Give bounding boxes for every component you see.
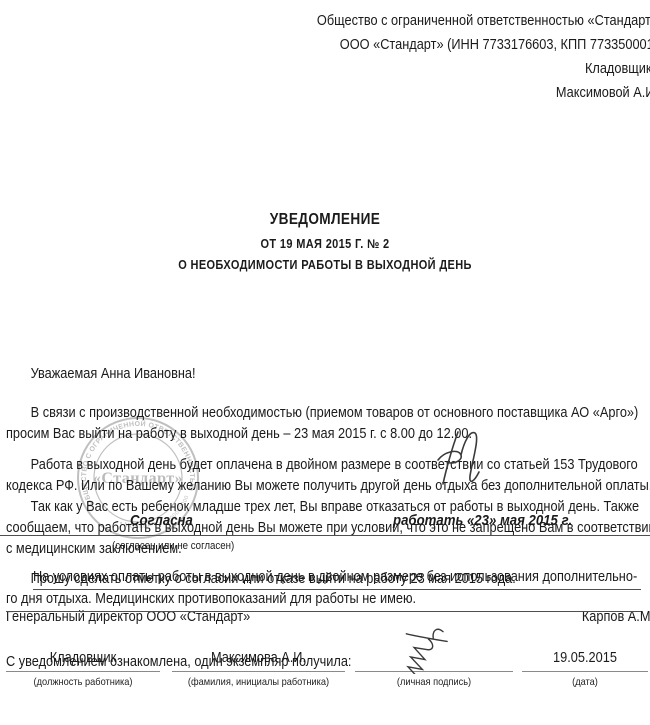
statement-line-2: го дня отдыха. Медицинских противопоказа… [6,591,641,612]
decision-rule [0,535,650,536]
label-text: (фамилия, инициалы работника) [182,676,334,688]
label-text: (личная подпись) [364,676,503,688]
notification-document: ОБЩЕСТВО С ОГРАНИЧЕННОЙ ОТВЕТСТВЕННОСТЬЮ… [0,0,650,725]
sign-field-label: (личная подпись) [355,676,513,688]
employee-name-value: Максимова А.И. [182,650,334,666]
statement-text: На условиях оплаты работы в выходной ден… [33,569,568,585]
header-block: Общество с ограниченной ответственностью… [8,9,650,105]
document-subject: О НЕОБХОДИМОСТИ РАБОТЫ В ВЫХОДНОЙ ДЕНЬ [39,255,611,276]
employee-position-field: Кладовщик [6,650,160,672]
date-field: 19.05.2015 [522,650,648,672]
recipient-name: Максимовой А.И. [86,81,650,105]
decision-hint: (согласен или не согласен) [112,540,234,552]
label-text: (дата) [530,676,641,688]
label-text: (должность работника) [15,676,151,688]
director-signature [428,418,508,498]
company-requisites: ООО «Стандарт» (ИНН 7733176603, КПП 7733… [86,33,650,57]
paragraph-line: с медицинским заключением. [6,539,578,560]
statement-text: го дня отдыха. Медицинских противопоказа… [6,591,565,607]
employee-signature [390,596,480,674]
employee-name-field: Максимова А.И. [172,650,345,672]
decision-value: Согласна [130,512,193,529]
document-number-date: ОТ 19 МАЯ 2015 Г. № 2 [39,234,611,255]
document-title-block: УВЕДОМЛЕНИЕ ОТ 19 МАЯ 2015 Г. № 2 О НЕОБ… [0,208,650,276]
salutation: Уважаемая Анна Ивановна! [6,364,578,385]
statement-line-1: На условиях оплаты работы в выходной ден… [33,569,641,590]
recipient-position: Кладовщику [86,57,650,81]
company-full-name: Общество с ограниченной ответственностью… [86,9,650,33]
document-title: УВЕДОМЛЕНИЕ [39,208,611,232]
paragraph-payment: Работа в выходной день будет оплачена в … [6,455,650,497]
employee-position-value: Кладовщик [15,650,151,666]
work-date-value: работать «23» мая 2015 г. [393,512,572,529]
name-field-label: (фамилия, инициалы работника) [172,676,345,688]
date-value: 19.05.2015 [530,650,641,666]
date-field-label: (дата) [522,676,648,688]
position-field-label: (должность работника) [6,676,160,688]
paragraph-reason: В связи с производственной необходимость… [6,403,650,445]
